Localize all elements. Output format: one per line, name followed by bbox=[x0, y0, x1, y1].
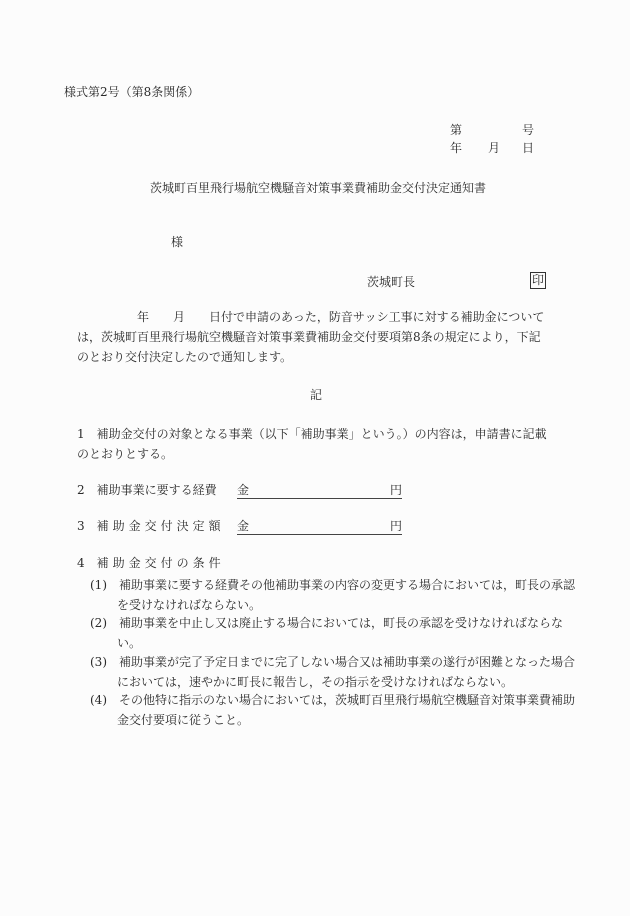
seal-stamp: 印 bbox=[530, 272, 546, 289]
condition-number: (2) bbox=[90, 616, 107, 630]
item-text: 補助金交付の対象となる事業（以下「補助事業」という。）の内容は，申請書に記載のと… bbox=[77, 427, 547, 461]
item-1: 1 補助金交付の対象となる事業（以下「補助事業」という。）の内容は，申請書に記載… bbox=[77, 424, 552, 464]
amount-suffix: 円 bbox=[390, 518, 402, 534]
document-title: 茨城町百里飛行場航空機騒音対策事業費補助金交付決定通知書 bbox=[150, 180, 486, 196]
item-label: 補助事業に要する経費 bbox=[97, 483, 217, 497]
date-month: 月 bbox=[488, 140, 522, 156]
date-year: 年 bbox=[450, 140, 488, 156]
item-number: 3 bbox=[77, 519, 85, 533]
amount-prefix: 金 bbox=[237, 483, 249, 497]
condition-text: 補助事業を中止し又は廃止する場合においては，町長の承認を受けなければならない。 bbox=[117, 616, 563, 650]
item-number: 1 bbox=[77, 427, 85, 441]
item-2: 2 補助事業に要する経費金円 bbox=[77, 482, 402, 499]
body-paragraph: 年 月 日付で申請のあった，防音サッシ工事に対する補助金については，茨城町百里飛… bbox=[77, 307, 552, 367]
amount-field: 金円 bbox=[237, 482, 402, 499]
condition-text: その他特に指示のない場合においては，茨城町百里飛行場航空機騒音対策事業費補助金交… bbox=[117, 693, 575, 727]
addressee: 様 bbox=[171, 234, 183, 250]
date-day: 日 bbox=[522, 140, 534, 156]
amount-field: 金円 bbox=[237, 518, 402, 535]
condition-4: (4) その他特に指示のない場合においては，茨城町百里飛行場航空機騒音対策事業費… bbox=[90, 690, 579, 730]
form-number: 様式第2号（第8条関係） bbox=[64, 84, 199, 100]
condition-number: (1) bbox=[90, 578, 107, 592]
issue-date: 年月日 bbox=[450, 140, 534, 156]
item-number: 2 bbox=[77, 483, 85, 497]
condition-2: (2) 補助事業を中止し又は廃止する場合においては，町長の承認を受けなければなら… bbox=[90, 613, 579, 653]
condition-number: (3) bbox=[90, 655, 107, 669]
condition-text: 補助事業に要する経費その他補助事業の内容の変更する場合においては，町長の承認を受… bbox=[117, 578, 575, 612]
item-label: 補助金交付決定額 bbox=[97, 519, 225, 533]
amount-suffix: 円 bbox=[390, 482, 402, 498]
condition-3: (3) 補助事業が完了予定日までに完了しない場合又は補助事業の遂行が困難となった… bbox=[90, 652, 579, 692]
item-number: 4 bbox=[77, 556, 85, 570]
doc-number-suffix: 号 bbox=[522, 122, 534, 138]
item-3: 3 補助金交付決定額金円 bbox=[77, 518, 402, 535]
condition-number: (4) bbox=[90, 693, 107, 707]
condition-1: (1) 補助事業に要する経費その他補助事業の内容の変更する場合においては，町長の… bbox=[90, 575, 579, 615]
ki-heading: 記 bbox=[310, 387, 322, 403]
item-4: 4 補助金交付の条件 bbox=[77, 555, 225, 571]
issuer: 茨城町長 bbox=[367, 274, 415, 290]
doc-number-prefix: 第 bbox=[450, 123, 462, 137]
document-number: 第 号 bbox=[450, 122, 462, 138]
item-label: 補助金交付の条件 bbox=[97, 556, 225, 570]
condition-text: 補助事業が完了予定日までに完了しない場合又は補助事業の遂行が困難となった場合にお… bbox=[117, 655, 575, 689]
amount-prefix: 金 bbox=[237, 519, 249, 533]
